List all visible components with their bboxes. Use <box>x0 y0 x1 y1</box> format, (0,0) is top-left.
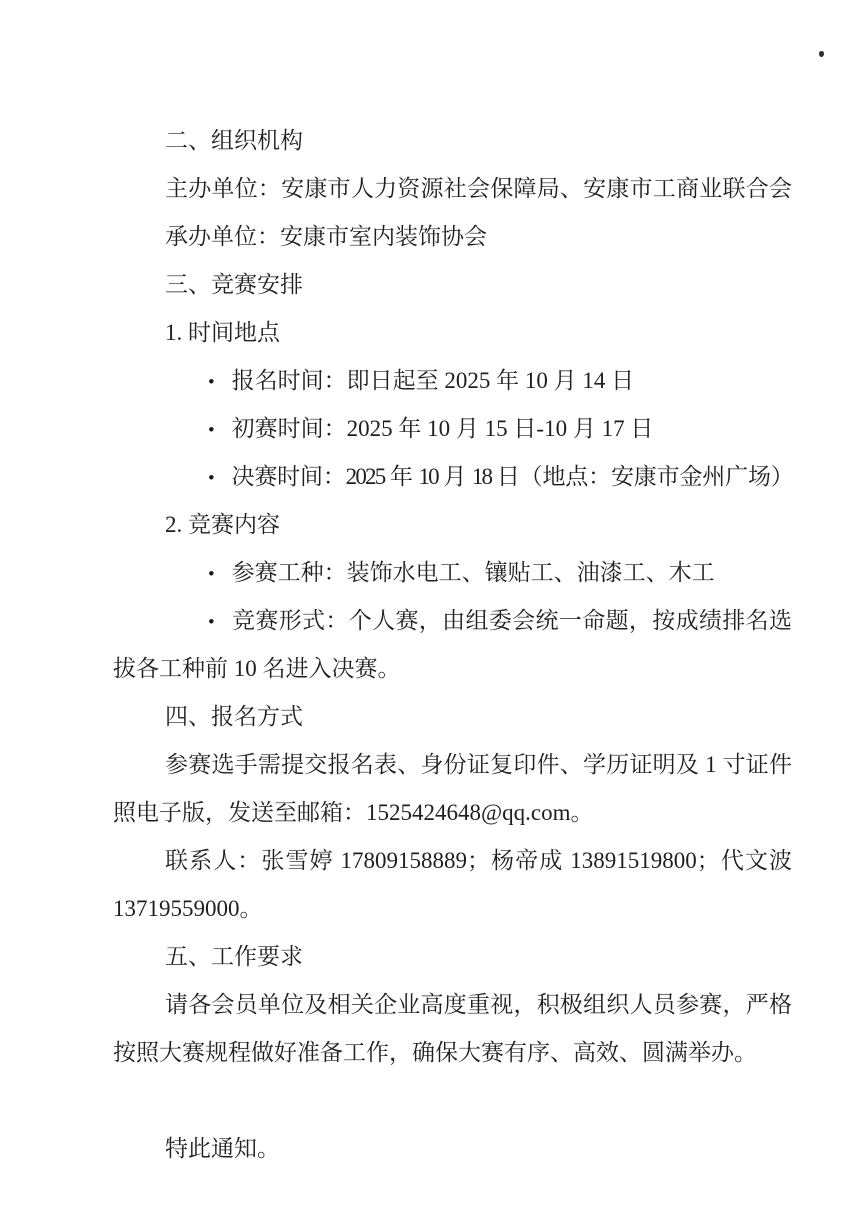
ink-speck-artifact <box>819 51 824 57</box>
line-text: 初赛时间：2025 年 10 月 15 日-10 月 17 日 <box>232 416 654 441</box>
requirements-line-2: 按照大赛规程做好准备工作，确保大赛有序、高效、圆满举办。 <box>113 1029 792 1077</box>
contacts-line-1: 联系人：张雪婷 17809158889；杨帝成 13891519800；代文波 <box>113 837 792 885</box>
bullet-icon: • <box>208 359 215 407</box>
bullet-format-line-2: 拔各工种前 10 名进入决赛。 <box>113 645 792 693</box>
subheading-content: 2. 竞赛内容 <box>113 501 792 549</box>
heading-registration: 四、报名方式 <box>113 693 792 741</box>
bullet-trades: •参赛工种：装饰水电工、镶贴工、油漆工、木工 <box>113 549 792 597</box>
bullet-icon: • <box>208 407 215 455</box>
registration-line-2: 照电子版，发送至邮箱：1525424648@qq.com。 <box>113 789 792 837</box>
document-page: 二、组织机构主办单位：安康市人力资源社会保障局、安康市工商业联合会承办单位：安康… <box>0 0 864 1224</box>
registration-line-1: 参赛选手需提交报名表、身份证复印件、学历证明及 1 寸证件 <box>113 741 792 789</box>
bullet-icon: • <box>208 551 215 599</box>
line-text: 竞赛形式：个人赛，由组委会统一命题，按成绩排名选 <box>232 608 792 633</box>
heading-arrangement: 三、竞赛安排 <box>113 261 792 309</box>
heading-organization: 二、组织机构 <box>113 117 792 165</box>
heading-requirements: 五、工作要求 <box>113 933 792 981</box>
line-text: 报名时间：即日起至 2025 年 10 月 14 日 <box>232 368 635 393</box>
bullet-registration-time: •报名时间：即日起至 2025 年 10 月 14 日 <box>113 357 792 405</box>
bullet-final-time: •决赛时间：2025 年 10 月 18 日（地点：安康市金州广场） <box>113 453 792 501</box>
bullet-preliminary-time: •初赛时间：2025 年 10 月 15 日-10 月 17 日 <box>113 405 792 453</box>
bullet-icon: • <box>208 455 213 503</box>
organizer-line: 主办单位：安康市人力资源社会保障局、安康市工商业联合会 <box>113 165 792 213</box>
notice-body: 二、组织机构主办单位：安康市人力资源社会保障局、安康市工商业联合会承办单位：安康… <box>113 117 792 1173</box>
requirements-line-1: 请各会员单位及相关企业高度重视，积极组织人员参赛，严格 <box>113 981 792 1029</box>
blank-line <box>113 1077 792 1125</box>
line-text: 参赛工种：装饰水电工、镶贴工、油漆工、木工 <box>232 560 715 585</box>
subheading-time-place: 1. 时间地点 <box>113 309 792 357</box>
closing-line: 特此通知。 <box>113 1125 792 1173</box>
contacts-line-2: 13719559000。 <box>113 885 792 933</box>
line-text: 决赛时间：2025 年 10 月 18 日（地点：安康市金州广场） <box>230 464 792 489</box>
bullet-icon: • <box>208 599 215 647</box>
undertaker-line: 承办单位：安康市室内装饰协会 <box>113 213 792 261</box>
bullet-format-line-1: •竞赛形式：个人赛，由组委会统一命题，按成绩排名选 <box>113 597 792 645</box>
